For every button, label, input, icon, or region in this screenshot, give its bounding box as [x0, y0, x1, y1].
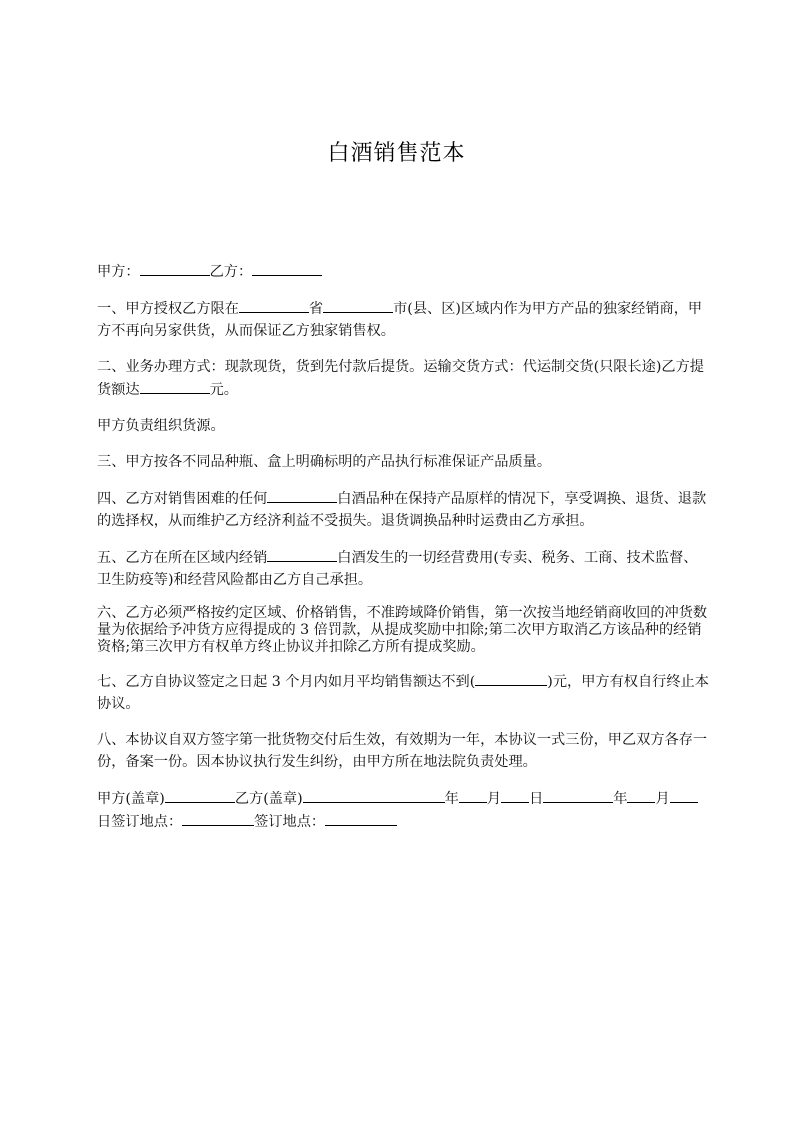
clause-2-text-2: 元。	[210, 382, 238, 398]
day-blank[interactable]	[501, 787, 529, 803]
clause-4: 四、乙方对销售困难的任何白酒品种在保持产品原样的情况下，享受调换、退货、退款的选…	[97, 487, 709, 532]
amount-blank[interactable]	[140, 378, 210, 394]
clause-5-text: 五、乙方在所在区域内经销	[97, 550, 267, 566]
clause-7: 七、乙方自协议签定之日起 3 个月内如月平均销售额达不到()元，甲方有权自行终止…	[97, 670, 709, 715]
document-body: 甲方：乙方： 一、甲方授权乙方限在省市(县、区)区域内作为甲方产品的独家经销商，…	[97, 260, 709, 847]
party-b-seal-label: 乙方(盖章)	[235, 791, 303, 807]
clause-4-text: 四、乙方对销售困难的任何	[97, 491, 267, 507]
clause-5: 五、乙方在所在区域内经销白酒发生的一切经营费用(专卖、税务、工商、技术监督、卫生…	[97, 546, 709, 591]
party-b-blank[interactable]	[252, 260, 322, 276]
party-b-label: 乙方：	[210, 264, 253, 280]
month-label: 月	[487, 791, 501, 807]
month-blank[interactable]	[459, 787, 487, 803]
party-a-seal-blank[interactable]	[165, 787, 235, 803]
province-blank[interactable]	[239, 297, 309, 313]
party-a-seal-label: 甲方(盖章)	[97, 791, 165, 807]
clause-3: 三、甲方按各不同品种瓶、盒上明确标明的产品执行标准保证产品质量。	[97, 451, 709, 473]
sign-place-label-2: 签订地点：	[254, 814, 325, 830]
day-2-blank[interactable]	[670, 787, 698, 803]
province-label: 省	[309, 301, 323, 317]
party-a-label: 甲方：	[97, 264, 140, 280]
clause-8: 八、本协议自双方签字第一批货物交付后生效，有效期为一年，本协议一式三份，甲乙双方…	[97, 729, 709, 773]
sales-amount-blank[interactable]	[475, 670, 547, 686]
product-blank[interactable]	[267, 487, 337, 503]
clause-1-text: 一、甲方授权乙方限在	[97, 301, 239, 317]
clause-2: 二、业务办理方式：现款现货，货到先付款后提货。运输交货方式：代运制交货(只限长途…	[97, 356, 709, 401]
parties-line: 甲方：乙方：	[97, 260, 709, 283]
month-2-label: 月	[655, 791, 669, 807]
sign-place-label: 日签订地点：	[97, 814, 182, 830]
sign-place-blank[interactable]	[182, 810, 254, 826]
month-2-blank[interactable]	[627, 787, 655, 803]
document-title: 白酒销售范本	[0, 136, 793, 167]
clause-7-text: 七、乙方自协议签定之日起 3 个月内如月平均销售额达不到(	[97, 674, 475, 690]
year-label: 年	[445, 791, 459, 807]
sign-place-2-blank[interactable]	[325, 810, 397, 826]
signature-block: 甲方(盖章)乙方(盖章)年月日年月日签订地点：签订地点：	[97, 787, 709, 833]
party-a-blank[interactable]	[140, 260, 210, 276]
clause-supply: 甲方负责组织货源。	[97, 415, 709, 437]
clause-6: 六、乙方必须严格按约定区域、价格销售，不准跨域降价销售，第一次按当地经销商收回的…	[97, 605, 709, 656]
year-2-blank[interactable]	[543, 787, 613, 803]
brand-blank[interactable]	[267, 546, 337, 562]
city-blank[interactable]	[323, 297, 393, 313]
clause-1: 一、甲方授权乙方限在省市(县、区)区域内作为甲方产品的独家经销商，甲方不再向另家…	[97, 297, 709, 342]
year-2-label: 年	[613, 791, 627, 807]
party-b-seal-blank[interactable]	[303, 787, 445, 803]
day-label: 日	[529, 791, 543, 807]
